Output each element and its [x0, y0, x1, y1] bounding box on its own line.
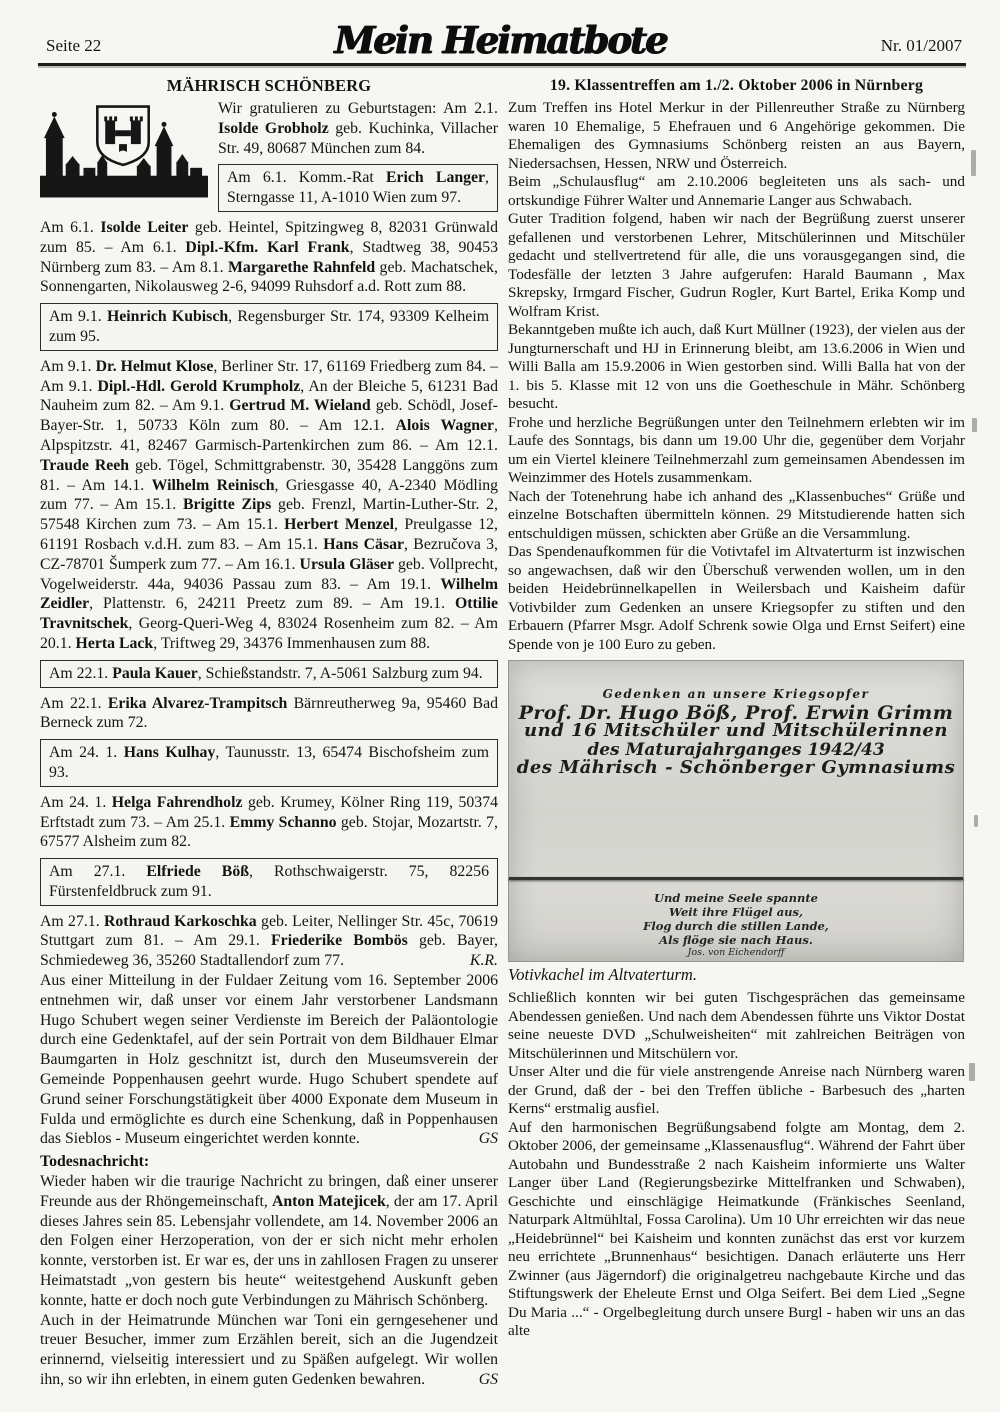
author-initials: GS	[467, 1370, 498, 1390]
eichendorff-poem: Und meine Seele spannte Weit ihre Flügel…	[509, 891, 963, 958]
obituary-paragraph: Wieder haben wir die traurige Nachricht …	[40, 1172, 498, 1311]
tile-edge-line	[509, 877, 963, 880]
photo-caption: Votivkachel im Altvaterturm.	[508, 965, 965, 985]
issue-number: Nr. 01/2007	[881, 36, 962, 56]
right-column: 19. Klassentreffen am 1./2. Oktober 2006…	[508, 76, 965, 1341]
birthday-paragraph: Am 6.1. Isolde Leiter geb. Heintel, Spit…	[40, 218, 498, 297]
scan-artifact	[972, 418, 977, 432]
schubert-notice-paragraph: Aus einer Mitteilung in der Fuldaer Zeit…	[40, 971, 498, 1149]
paragraph-text: Aus einer Mitteilung in der Fuldaer Zeit…	[40, 972, 498, 1147]
paragraph-text: Am 27.1. Rothraud Karkoschka geb. Leiter…	[40, 913, 498, 970]
town-crest-illustration	[40, 102, 208, 204]
poem-line: Und meine Seele spannte	[509, 891, 963, 905]
article-paragraph: Nach der Totenehrung habe ich anhand des…	[508, 488, 965, 544]
article-paragraph: Auf den harmonischen Begrüßungsabend fol…	[508, 1119, 965, 1341]
article-paragraph: Zum Treffen ins Hotel Merkur in der Pill…	[508, 99, 965, 173]
masthead-logo: Mein Heimatbote	[0, 18, 1000, 62]
left-column-title: MÄHRISCH SCHÖNBERG	[40, 76, 498, 96]
birthday-paragraph: Am 27.1. Rothraud Karkoschka geb. Leiter…	[40, 912, 498, 971]
article-paragraph: Das Spendenaufkommen für die Votivtafel …	[508, 543, 965, 654]
article-paragraph: Schließlich konnten wir bei guten Tischg…	[508, 989, 965, 1063]
author-initials: K.R.	[458, 951, 498, 971]
article-paragraph: Beim „Schulausflug“ am 2.10.2006 begleit…	[508, 173, 965, 210]
author-initials: GS	[467, 1129, 498, 1149]
article-paragraph: Frohe und herzliche Begrüßungen unter de…	[508, 414, 965, 488]
photo-handwriting-header: Gedenken an unsere Kriegsopfer	[509, 661, 963, 704]
birthday-box-boess: Am 27.1. Elfriede Böß, Rothschwaigerstr.…	[40, 858, 498, 906]
obituary-paragraph: Auch in der Heimatrunde München war Toni…	[40, 1311, 498, 1390]
birthday-paragraph: Am 9.1. Dr. Helmut Klose, Berliner Str. …	[40, 357, 498, 654]
birthday-box-langer: Am 6.1. Komm.-Rat Erich Langer, Sterngas…	[218, 164, 498, 212]
paragraph-text: Auch in der Heimatrunde München war Toni…	[40, 1312, 498, 1388]
poem-attribution: Jos. von Eichendorff	[509, 947, 963, 958]
birthday-box-kauer: Am 22.1. Paula Kauer, Schießstandstr. 7,…	[40, 660, 498, 688]
poem-line: Als flöge sie nach Haus.	[509, 933, 963, 947]
scan-artifact	[969, 1063, 975, 1081]
photo-handwriting-line: des Mährisch - Schönberger Gymnasiums	[509, 759, 963, 778]
article-title: 19. Klassentreffen am 1./2. Oktober 2006…	[508, 76, 965, 96]
coat-of-arms	[97, 107, 148, 165]
birthday-box-kulhay: Am 24. 1. Hans Kulhay, Taunusstr. 13, 65…	[40, 739, 498, 787]
article-paragraph: Bekanntgeben mußte ich auch, daß Kurt Mü…	[508, 321, 965, 414]
header-rule	[38, 63, 966, 66]
photo-handwriting-line: und 16 Mitschüler und Mitschülerinnen	[509, 722, 963, 741]
scan-artifact	[971, 150, 976, 176]
birthday-paragraph: Am 24. 1. Helga Fahrendholz geb. Krumey,…	[40, 793, 498, 852]
poem-line: Weit ihre Flügel aus,	[509, 905, 963, 919]
birthday-box-kubisch: Am 9.1. Heinrich Kubisch, Regensburger S…	[40, 303, 498, 351]
obituary-heading: Todesnachricht:	[40, 1152, 498, 1172]
poem-line: Flog durch die stillen Lande,	[509, 919, 963, 933]
left-column: MÄHRISCH SCHÖNBERG	[40, 76, 498, 1390]
birthday-paragraph: Am 22.1. Erika Alvarez-Trampitsch Bärnre…	[40, 694, 498, 734]
votive-tile-photo: Gedenken an unsere Kriegsopfer Prof. Dr.…	[508, 660, 964, 962]
birthday-intro-block: Wir gratulieren zu Geburtstagen: Am 2.1.…	[40, 99, 498, 218]
newspaper-page: Seite 22 Mein Heimatbote Nr. 01/2007 MÄH…	[0, 0, 1000, 1412]
article-paragraph: Guter Tradition folgend, haben wir nach …	[508, 210, 965, 321]
scan-artifact	[974, 815, 978, 827]
article-paragraph: Unser Alter und die für viele anstrengen…	[508, 1063, 965, 1119]
